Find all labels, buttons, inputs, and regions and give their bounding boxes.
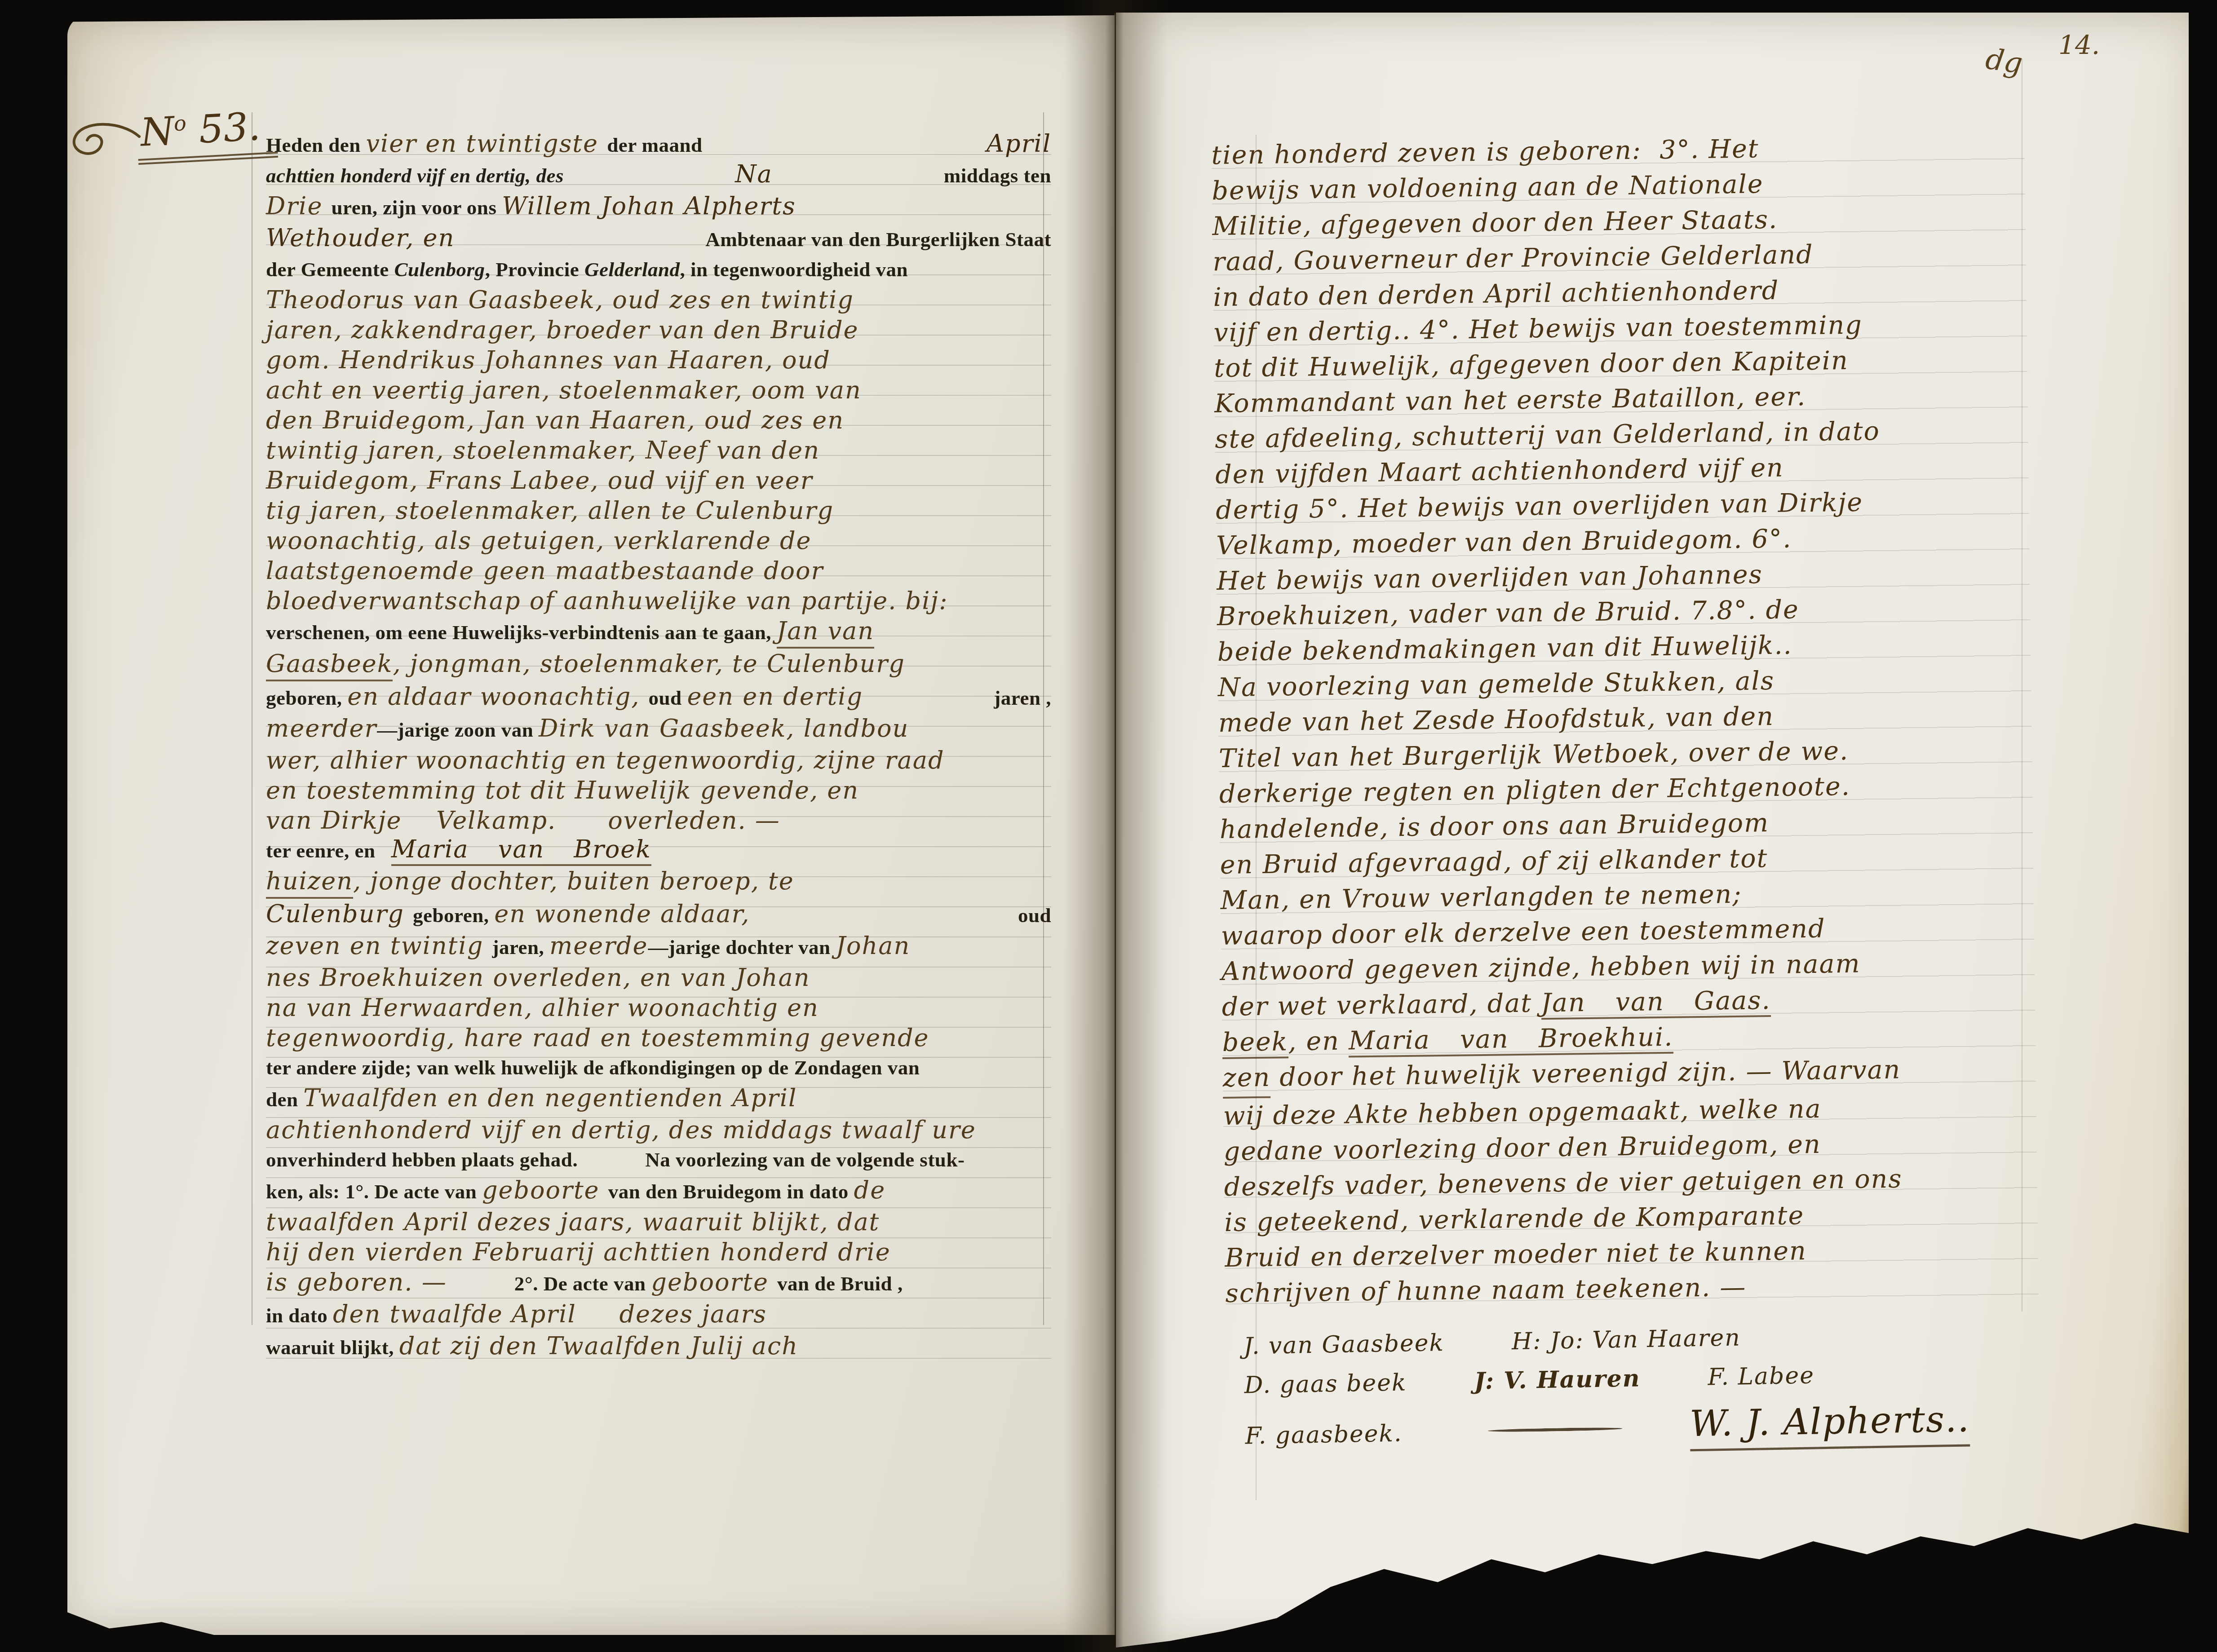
page-number: 14.: [2058, 30, 2100, 60]
text-run: Na voorlezing van gemelde Stukken, als: [1218, 663, 1775, 706]
text-line: ter eenre, en Maria van Broek: [266, 835, 1051, 866]
text-run: bewijs van voldoening aan de Nationale: [1212, 167, 1764, 209]
text-line: den Bruidegom, Jan van Haaren, oud zes e…: [266, 405, 1051, 435]
act-number-sup: o: [173, 111, 187, 136]
corner-paraph: dg: [1983, 43, 2024, 81]
text-line: onverhinderd hebben plaats gehad.Na voor…: [266, 1145, 1051, 1175]
text-line: Heden den vier en twintigste der maandAp…: [266, 128, 1051, 160]
text-run: den vijfden Maart achtienhonderd vijf en: [1215, 451, 1784, 493]
signature: H: Jo: Van Haaren: [1511, 1324, 1741, 1355]
text-run: schrijven of hunne naam teekenen. —: [1225, 1270, 1747, 1312]
signature: W. J. Alpherts..: [1689, 1398, 1970, 1451]
text-line: jaren, zakkendrager, broeder van den Bru…: [266, 315, 1051, 345]
text-run: Ambtenaar van den Burgerlijken Staat: [705, 225, 1051, 255]
text-run: twintig jaren, stoelenmaker, Neef van de…: [266, 435, 820, 465]
text-line: in dato den twaalfde April dezes jaars: [266, 1299, 1051, 1331]
text-run: waaruit blijkt,: [266, 1333, 399, 1363]
act-number-prefix: N: [139, 109, 175, 155]
text-run: door het huwelijk vereenigd zijn. — Waar…: [1270, 1052, 1901, 1095]
text-run: handelende, is door ons aan Bruidegom: [1219, 805, 1769, 848]
text-run: en toestemming tot dit Huwelijk gevende,…: [266, 775, 859, 805]
text-run: en aldaar woonachtig,: [347, 681, 648, 711]
text-line: nes Broekhuizen overleden, en van Johan: [266, 963, 1051, 993]
text-run: tig jaren, stoelenmaker, allen te Culenb…: [266, 495, 834, 526]
text-line: is geboren. —2°. De acte van geboorte va…: [266, 1267, 1051, 1299]
text-line: bloedverwantschap of aanhuwelijke van pa…: [266, 586, 1051, 616]
text-line: na van Herwaarden, alhier woonachtig en: [266, 993, 1051, 1023]
signature: J. van Gaasbeek: [1243, 1330, 1445, 1360]
text-run: meerde: [549, 931, 648, 961]
text-run: geboren,: [413, 901, 494, 931]
text-run: Theodorus van Gaasbeek, oud zes en twint…: [266, 285, 854, 315]
text-line: hij den vierden Februarij achttien honde…: [266, 1237, 1051, 1267]
text-run: Man, en Vrouw verlangden te nemen;: [1220, 877, 1742, 919]
text-run: den: [266, 1085, 303, 1115]
text-run: der wet verklaard, dat: [1221, 985, 1541, 1025]
text-run: Jan van Gaas.: [1541, 986, 1771, 1020]
text-run: der Gemeente: [266, 255, 394, 285]
text-line: tig jaren, stoelenmaker, allen te Culenb…: [266, 495, 1051, 526]
text-line: tegenwoordig, hare raad en toestemming g…: [266, 1023, 1051, 1053]
text-run: , jongman, stoelenmaker, te Culenburg: [393, 649, 905, 679]
text-run: onverhinderd hebben plaats gehad.: [266, 1145, 578, 1175]
signatures-block: J. van GaasbeekH: Jo: Van HaarenD. gaas …: [1243, 1319, 2050, 1459]
text-run: April: [987, 130, 1051, 158]
text-run: vier en twintigste: [366, 128, 607, 159]
text-run: meerder: [266, 713, 377, 743]
text-run: ter andere zijde; van welk huwelijk de a…: [266, 1053, 920, 1083]
text-run: Gelderland: [584, 255, 680, 285]
text-run: Het bewijs van overlijden van Johannes: [1217, 557, 1763, 599]
text-line: zeven en twintig jaren, meerde—jarige do…: [266, 931, 1051, 963]
text-run: zen: [1222, 1060, 1271, 1099]
text-line: woonachtig, als getuigen, verklarende de: [266, 526, 1051, 556]
text-run: na van Herwaarden, alhier woonachtig en: [266, 993, 819, 1023]
text-line: ter andere zijde; van welk huwelijk de a…: [266, 1053, 1051, 1083]
text-run: beek: [1222, 1028, 1288, 1059]
book-fold-line: [1114, 13, 1115, 1635]
text-run: van de Bruid ,: [777, 1269, 903, 1299]
text-run: Jan van: [777, 616, 874, 649]
text-run: laatstgenoemde geen maatbestaande door: [266, 556, 823, 586]
text-run: Militie, afgegeven door den Heer Staats.: [1212, 202, 1778, 244]
text-run: Gaasbeek: [266, 649, 393, 681]
text-line: geboren, en aldaar woonachtig, oud een e…: [266, 681, 1051, 713]
text-run: in dato den derden April achtienhonderd: [1213, 273, 1779, 315]
text-run: Wethouder, en: [266, 223, 455, 253]
text-run: bloedverwantschap of aanhuwelijke van pa…: [266, 586, 948, 616]
text-run: en wonende aldaar,: [494, 899, 750, 929]
text-run: geboren,: [266, 683, 347, 713]
text-line: twaalfden April dezes jaars, waaruit bli…: [266, 1207, 1051, 1237]
text-run: Drie: [266, 191, 332, 221]
signature: F. gaasbeek.: [1245, 1420, 1403, 1450]
text-run: den Bruidegom, Jan van Haaren, oud zes e…: [266, 405, 844, 435]
signature: F. Labee: [1708, 1362, 1814, 1391]
right-page-text: tien honderd zeven is geboren: 3°. Hetbe…: [1211, 128, 2039, 1312]
text-run: Culenborg: [394, 255, 485, 285]
text-line: den Twaalfden en den negentienden April: [266, 1083, 1051, 1115]
text-line: acht en veertig jaren, stoelenmaker, oom…: [266, 375, 1051, 405]
text-run: de: [854, 1175, 886, 1205]
text-run: —jarige zoon van: [377, 715, 539, 745]
text-run: en Bruid afgevraagd, of zij elkander tot: [1220, 841, 1768, 883]
text-run: in dato: [266, 1301, 333, 1331]
text-run: , en: [1288, 1024, 1349, 1060]
text-run: mede van het Zesde Hoofdstuk, van den: [1218, 699, 1774, 741]
text-run: acht en veertig jaren, stoelenmaker, oom…: [266, 375, 862, 405]
text-run: , Provincie: [485, 255, 584, 285]
text-line: Culenburg geboren, en wonende aldaar,oud: [266, 899, 1051, 931]
text-line: achttien honderd vijf en dertig, desNami…: [266, 160, 1051, 191]
act-number-value: 53.: [186, 104, 261, 153]
text-line: Gaasbeek, jongman, stoelenmaker, te Cule…: [266, 649, 1051, 681]
text-run: gom. Hendrikus Johannes van Haaren, oud: [266, 345, 831, 375]
text-run: ken, als: 1°. De acte van: [266, 1177, 482, 1207]
left-page-text: Heden den vier en twintigste der maandAp…: [266, 128, 1051, 1363]
text-run: dat zij den Twaalfden Julij ach: [399, 1331, 798, 1361]
text-run: Twaalfden en den negentienden April: [303, 1083, 797, 1113]
text-line: twintig jaren, stoelenmaker, Neef van de…: [266, 435, 1051, 465]
text-line: Theodorus van Gaasbeek, oud zes en twint…: [266, 285, 1051, 315]
text-run: , jonge dochter, buiten beroep, te: [353, 866, 794, 896]
text-run: Dirk van Gaasbeek, landbou: [539, 713, 909, 743]
text-run: twaalfden April dezes jaars, waaruit bli…: [266, 1207, 880, 1237]
text-line: wer, alhier woonachtig en tegenwoordig, …: [266, 745, 1051, 775]
signature-row: D. gaas beekJ: V. HaurenF. Labee: [1244, 1357, 2049, 1399]
text-run: achttien honderd vijf en dertig, des: [266, 161, 564, 191]
text-run: oud: [649, 683, 687, 713]
text-run: oud: [1018, 901, 1051, 931]
text-line: en toestemming tot dit Huwelijk gevende,…: [266, 775, 1051, 805]
text-run: geboorte: [651, 1267, 777, 1297]
text-run: den twaalfde April dezes jaars: [333, 1299, 767, 1329]
text-run: Maria van Broekhui.: [1349, 1023, 1673, 1058]
text-run: Heden den: [266, 130, 366, 160]
text-line: verschenen, om eene Huwelijks-verbindten…: [266, 616, 1051, 649]
text-line: ken, als: 1°. De acte van geboorte van d…: [266, 1175, 1051, 1207]
text-line: gom. Hendrikus Johannes van Haaren, oud: [266, 345, 1051, 375]
form-rule-left: [252, 112, 252, 1325]
text-run: Na voorlezing van de volgende stuk-: [645, 1145, 965, 1175]
text-run: geboorte: [482, 1175, 608, 1205]
text-run: , in tegenwoordigheid van: [680, 255, 908, 285]
text-line: huizen, jonge dochter, buiten beroep, te: [266, 866, 1051, 899]
act-number: No 53.: [136, 103, 278, 165]
text-run: —jarige dochter van: [648, 932, 836, 963]
text-run: van den Bruidegom in dato: [608, 1177, 854, 1207]
text-run: der maand: [607, 130, 702, 160]
text-line: Drie uren, zijn voor ons Willem Johan Al…: [266, 191, 1051, 223]
text-run: uren, zijn voor ons: [332, 193, 502, 223]
text-run: jaren, zakkendrager, broeder van den Bru…: [266, 315, 858, 345]
text-run: middags ten: [944, 161, 1051, 191]
text-line: achtienhonderd vijf en dertig, des midda…: [266, 1115, 1051, 1145]
text-run: 2°. De acte van: [514, 1269, 651, 1299]
signature-flourish: [1487, 1427, 1622, 1432]
text-line: Wethouder, enAmbtenaar van den Burgerlij…: [266, 223, 1051, 255]
signature: J: V. Hauren: [1474, 1365, 1641, 1395]
text-run: zeven en twintig: [266, 931, 492, 961]
text-run: Bruidegom, Frans Labee, oud vijf en veer: [266, 465, 813, 495]
text-run: huizen: [266, 866, 353, 899]
text-run: van Dirkje Velkamp. overleden. —: [266, 805, 780, 835]
text-line: van Dirkje Velkamp. overleden. —: [266, 805, 1051, 835]
text-run: nes Broekhuizen overleden, en van Johan: [266, 963, 810, 993]
text-run: jaren,: [492, 932, 549, 963]
text-run: Willem Johan Alpherts: [502, 191, 796, 221]
text-line: Bruidegom, Frans Labee, oud vijf en veer: [266, 465, 1051, 495]
text-run: ter eenre, en: [266, 836, 391, 866]
text-line: laatstgenoemde geen maatbestaande door: [266, 556, 1051, 586]
text-run: Culenburg: [266, 899, 413, 929]
text-run: tegenwoordig, hare raad en toestemming g…: [266, 1023, 929, 1053]
text-run: woonachtig, als getuigen, verklarende de: [266, 526, 812, 556]
text-run: jaren ,: [994, 683, 1051, 713]
text-run: verschenen, om eene Huwelijks-verbindten…: [266, 618, 777, 648]
text-line: meerder—jarige zoon van Dirk van Gaasbee…: [266, 713, 1051, 745]
signature: D. gaas beek: [1244, 1369, 1407, 1399]
book-gutter-shadow: [1064, 0, 1167, 1652]
text-line: der Gemeente Culenborg, Provincie Gelder…: [266, 255, 1051, 285]
text-run: Johan: [836, 931, 910, 961]
text-run: wer, alhier woonachtig en tegenwoordig, …: [266, 745, 945, 775]
pen-flourish-icon: [67, 118, 144, 167]
text-run: Maria van Broek: [391, 835, 651, 866]
text-run: hij den vierden Februarij achttien honde…: [266, 1237, 891, 1267]
text-run: Na: [735, 160, 772, 188]
text-run: is geboren. —: [266, 1267, 447, 1297]
text-run: een en dertig: [687, 681, 863, 711]
text-run: tien honderd zeven is geboren: 3°. Het: [1211, 131, 1759, 173]
text-run: achtienhonderd vijf en dertig, des midda…: [266, 1115, 976, 1145]
text-line: waaruit blijkt, dat zij den Twaalfden Ju…: [266, 1331, 1051, 1363]
book-scan: No 53. dg 14. Heden den vier en twintigs…: [0, 0, 2217, 1652]
